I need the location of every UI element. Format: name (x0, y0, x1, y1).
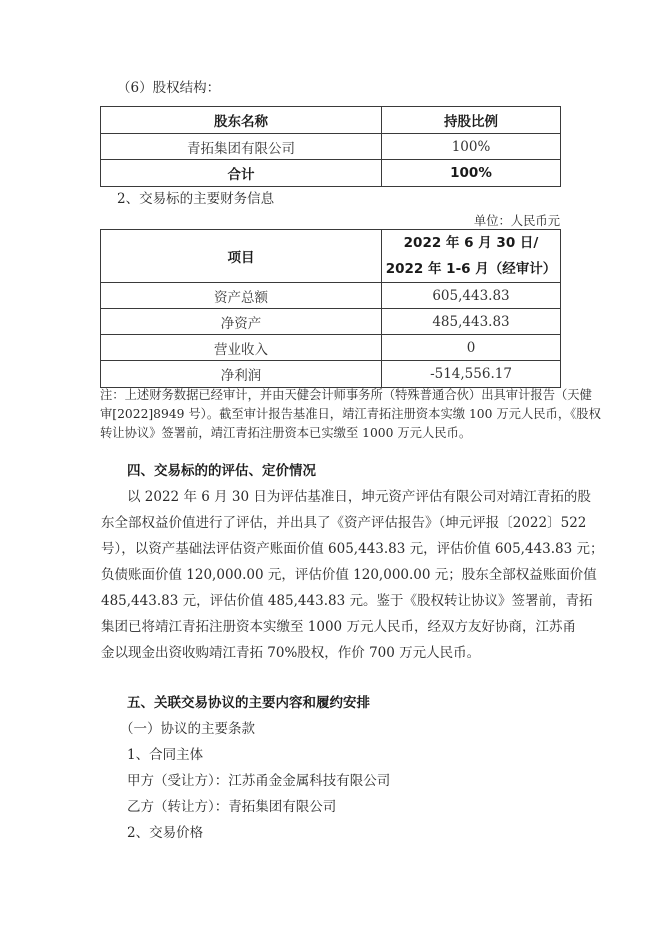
equity-structure-heading: （6）股权结构： (117, 79, 220, 97)
row-item-net-profit: 净利润 (101, 361, 382, 388)
row-value-revenue: 0 (382, 335, 561, 361)
table-row: 资产总额 605,443.83 (101, 283, 561, 309)
currency-unit-label: 单位：人民币元 (474, 213, 560, 229)
total-ratio: 100% (382, 160, 561, 187)
section-4-heading: 四、交易标的的评估、定价情况 (127, 462, 316, 480)
section-4-paragraph-line: 东全部权益价值进行了评估，并出具了《资产评估报告》（坤元评报〔2022〕522 (101, 514, 563, 532)
table-row: 净利润 -514,556.17 (101, 361, 561, 388)
column-header-ratio: 持股比例 (382, 107, 561, 134)
section-4-paragraph-line: 以 2022 年 6 月 30 日为评估基准日，坤元资产评估有限公司对靖江青拓的… (127, 488, 563, 506)
financial-info-heading: 2、交易标的主要财务信息 (117, 190, 274, 208)
table-header-row: 股东名称 持股比例 (101, 107, 561, 134)
section-4-paragraph-line: 负债账面价值 120,000.00 元，评估价值 120,000.00 元；股东… (101, 566, 563, 584)
audit-note-line-1: 注：上述财务数据已经审计，并由天健会计师事务所（特殊普通合伙）出具审计报告（天健 (100, 386, 562, 405)
table-row: 净资产 485,443.83 (101, 309, 561, 335)
row-item-net-assets: 净资产 (101, 309, 382, 335)
column-header-shareholder: 股东名称 (101, 107, 382, 134)
table-total-row: 合计 100% (101, 160, 561, 187)
row-value-net-assets: 485,443.83 (382, 309, 561, 335)
section-5-heading: 五、关联交易协议的主要内容和履约安排 (127, 694, 370, 712)
period-line-1: 2022 年 6 月 30 日/ (382, 230, 560, 256)
section-4-paragraph-line: 485,443.83 元，评估价值 485,443.83 元。鉴于《股权转让协议… (101, 592, 563, 610)
period-line-2: 2022 年 1-6 月（经审计） (382, 256, 560, 282)
total-label: 合计 (101, 160, 382, 187)
table-row: 营业收入 0 (101, 335, 561, 361)
audit-note-line-2: 审[2022]8949 号）。截至审计报告基准日，靖江青拓注册资本实缴 100 … (100, 405, 562, 424)
audit-note-line-3: 转让协议》签署前，靖江青拓注册资本已实缴至 1000 万元人民币。 (100, 424, 562, 443)
section-4-paragraph-line: 金以现金出资收购靖江青拓 70%股权，作价 700 万元人民币。 (101, 644, 563, 662)
section-5-subheading: （一）协议的主要条款 (120, 720, 255, 738)
equity-structure-table: 股东名称 持股比例 青拓集团有限公司 100% 合计 100% (100, 106, 561, 187)
document-page: （6）股权结构： 股东名称 持股比例 青拓集团有限公司 100% 合计 100%… (0, 0, 660, 933)
row-item-revenue: 营业收入 (101, 335, 382, 361)
contract-parties-label: 1、合同主体 (127, 746, 203, 764)
shareholder-name: 青拓集团有限公司 (101, 134, 382, 160)
section-4-paragraph-line: 集团已将靖江青拓注册资本实缴至 1000 万元人民币，经双方友好协商，江苏甬 (101, 618, 563, 636)
row-value-net-profit: -514,556.17 (382, 361, 561, 388)
section-4-paragraph-line: 号），以资产基础法评估资产账面价值 605,443.83 元，评估价值 605,… (101, 540, 563, 558)
table-row: 青拓集团有限公司 100% (101, 134, 561, 160)
party-a: 甲方（受让方）：江苏甬金金属科技有限公司 (127, 772, 390, 790)
shareholding-ratio: 100% (382, 134, 561, 160)
column-header-item: 项目 (101, 230, 382, 283)
row-item-total-assets: 资产总额 (101, 283, 382, 309)
row-value-total-assets: 605,443.83 (382, 283, 561, 309)
table-header-row: 项目 2022 年 6 月 30 日/ 2022 年 1-6 月（经审计） (101, 230, 561, 283)
party-b: 乙方（转让方）：青拓集团有限公司 (127, 798, 336, 816)
column-header-period: 2022 年 6 月 30 日/ 2022 年 1-6 月（经审计） (382, 230, 561, 283)
transaction-price-label: 2、交易价格 (127, 824, 203, 842)
financial-info-table: 项目 2022 年 6 月 30 日/ 2022 年 1-6 月（经审计） 资产… (100, 229, 561, 388)
